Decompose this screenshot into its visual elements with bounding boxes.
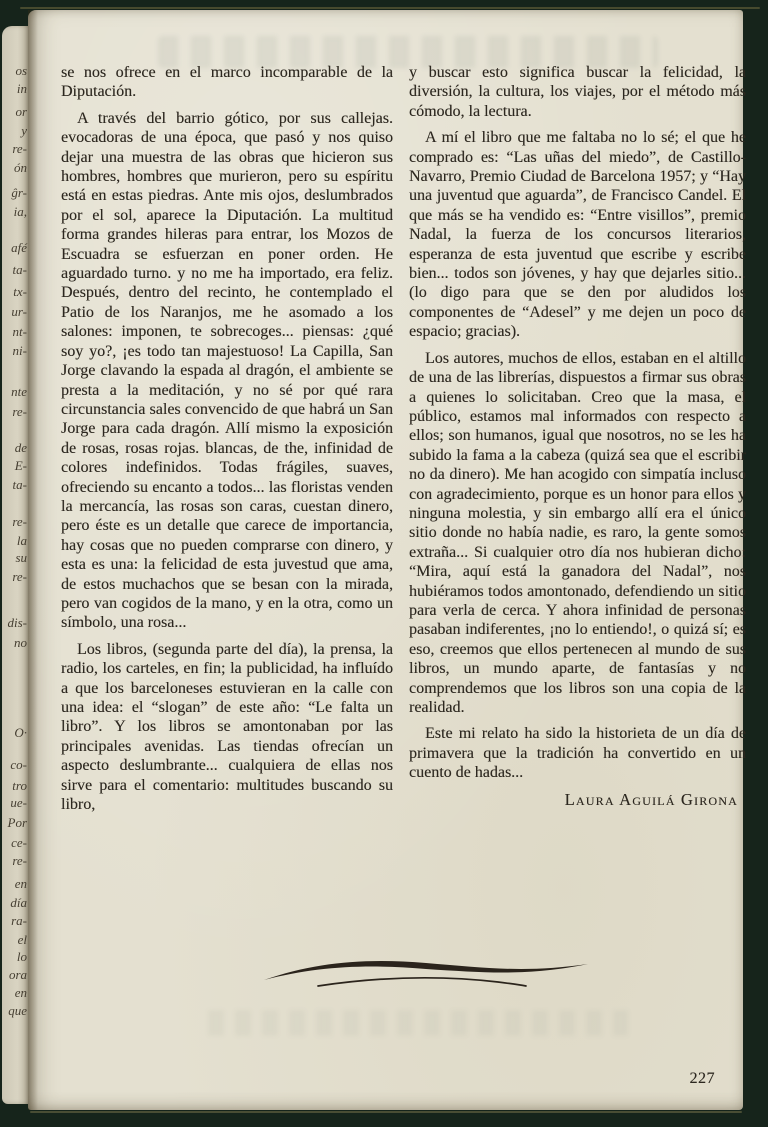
text-column-right: y buscar esto significa buscar la felici… xyxy=(409,63,746,809)
gutter-crease-shadow xyxy=(28,10,38,1110)
paragraph: se nos ofrece en el marco incomparable d… xyxy=(61,63,393,102)
gutter-text-fragment: ur- xyxy=(11,305,27,319)
author-signature: Laura Aguilá Girona xyxy=(409,790,746,809)
gutter-text-fragment: re- xyxy=(12,142,27,156)
paragraph: Este mi relato ha sido la historieta de … xyxy=(409,724,746,782)
gutter-text-fragment: dis- xyxy=(8,616,28,630)
gutter-text-fragment: y xyxy=(21,124,27,138)
paragraph: A mí el libro que me faltaba no lo sé; e… xyxy=(409,128,746,341)
gutter-text-fragment: el xyxy=(18,933,27,947)
gutter-text-fragment: tx- xyxy=(13,285,27,299)
gutter-text-fragment: nte xyxy=(11,385,27,399)
gutter-text-fragment: co- xyxy=(10,758,27,772)
gutter-text-fragment: ĝr- xyxy=(11,186,27,200)
flourish-ornament xyxy=(256,954,596,998)
gutter-text-fragment: que xyxy=(8,1004,27,1018)
scanned-book-page: osinoryre-ónĝr-ia,aféta-tx-ur-nt-ni-nter… xyxy=(0,0,768,1127)
gutter-text-fragment: ia, xyxy=(14,205,27,219)
gutter-text-fragment: re- xyxy=(12,515,27,529)
gutter-text-fragment: en xyxy=(15,986,27,1000)
gutter-text-fragment: ni- xyxy=(13,344,27,358)
reverse-side-showthrough-bottom xyxy=(208,1010,628,1036)
page-227: se nos ofrece en el marco incomparable d… xyxy=(28,10,743,1110)
gutter-text-fragment: no xyxy=(14,636,27,650)
gutter-text-fragment: ra- xyxy=(11,914,27,928)
paragraph: y buscar esto significa buscar la felici… xyxy=(409,63,746,121)
gutter-text-fragment: ue- xyxy=(10,796,27,810)
gutter-text-fragment: ce- xyxy=(11,836,27,850)
gutter-text-fragment: su xyxy=(15,551,27,565)
gutter-text-fragment: de xyxy=(15,441,27,455)
gutter-text-fragment: lo xyxy=(17,950,27,964)
page-number: 227 xyxy=(690,1070,716,1088)
gutter-text-fragment: en xyxy=(15,877,27,891)
gutter-text-fragment: tro xyxy=(12,779,27,793)
paragraph: A través del barrio gótico, por sus call… xyxy=(61,109,393,633)
gutter-text-fragment: ón xyxy=(14,161,27,175)
gutter-text-fragment: O· xyxy=(14,726,27,740)
gutter-text-fragment: E- xyxy=(15,459,27,473)
gutter-text-fragment: ora xyxy=(9,968,27,982)
text-column-left: se nos ofrece en el marco incomparable d… xyxy=(61,63,393,821)
gutter-text-fragment: Por xyxy=(8,816,28,830)
gutter-text-fragment: ta- xyxy=(13,478,27,492)
gutter-text-fragment: in xyxy=(17,82,27,96)
gutter-text-fragment: día xyxy=(10,896,27,910)
gutter-text-fragment: re- xyxy=(12,405,27,419)
gutter-text-fragment: nt- xyxy=(13,325,27,339)
page-bottom-edge xyxy=(30,1111,742,1113)
gutter-text-fragment: re- xyxy=(12,570,27,584)
gutter-text-fragment: ta- xyxy=(13,263,27,277)
gutter-text-fragment: or xyxy=(15,105,27,119)
gutter-text-fragment: re- xyxy=(12,854,27,868)
paragraph: Los autores, muchos de ellos, estaban en… xyxy=(409,349,746,718)
page-top-edge xyxy=(20,7,760,9)
gutter-text-fragment: afé xyxy=(11,241,27,255)
gutter-text-fragment: os xyxy=(15,64,27,78)
paragraph: Los libros, (segunda parte del día), la … xyxy=(61,640,393,815)
gutter-text-fragment: la xyxy=(17,534,27,548)
gutter-previous-page-edge: osinoryre-ónĝr-ia,aféta-tx-ur-nt-ni-nter… xyxy=(2,26,30,1104)
